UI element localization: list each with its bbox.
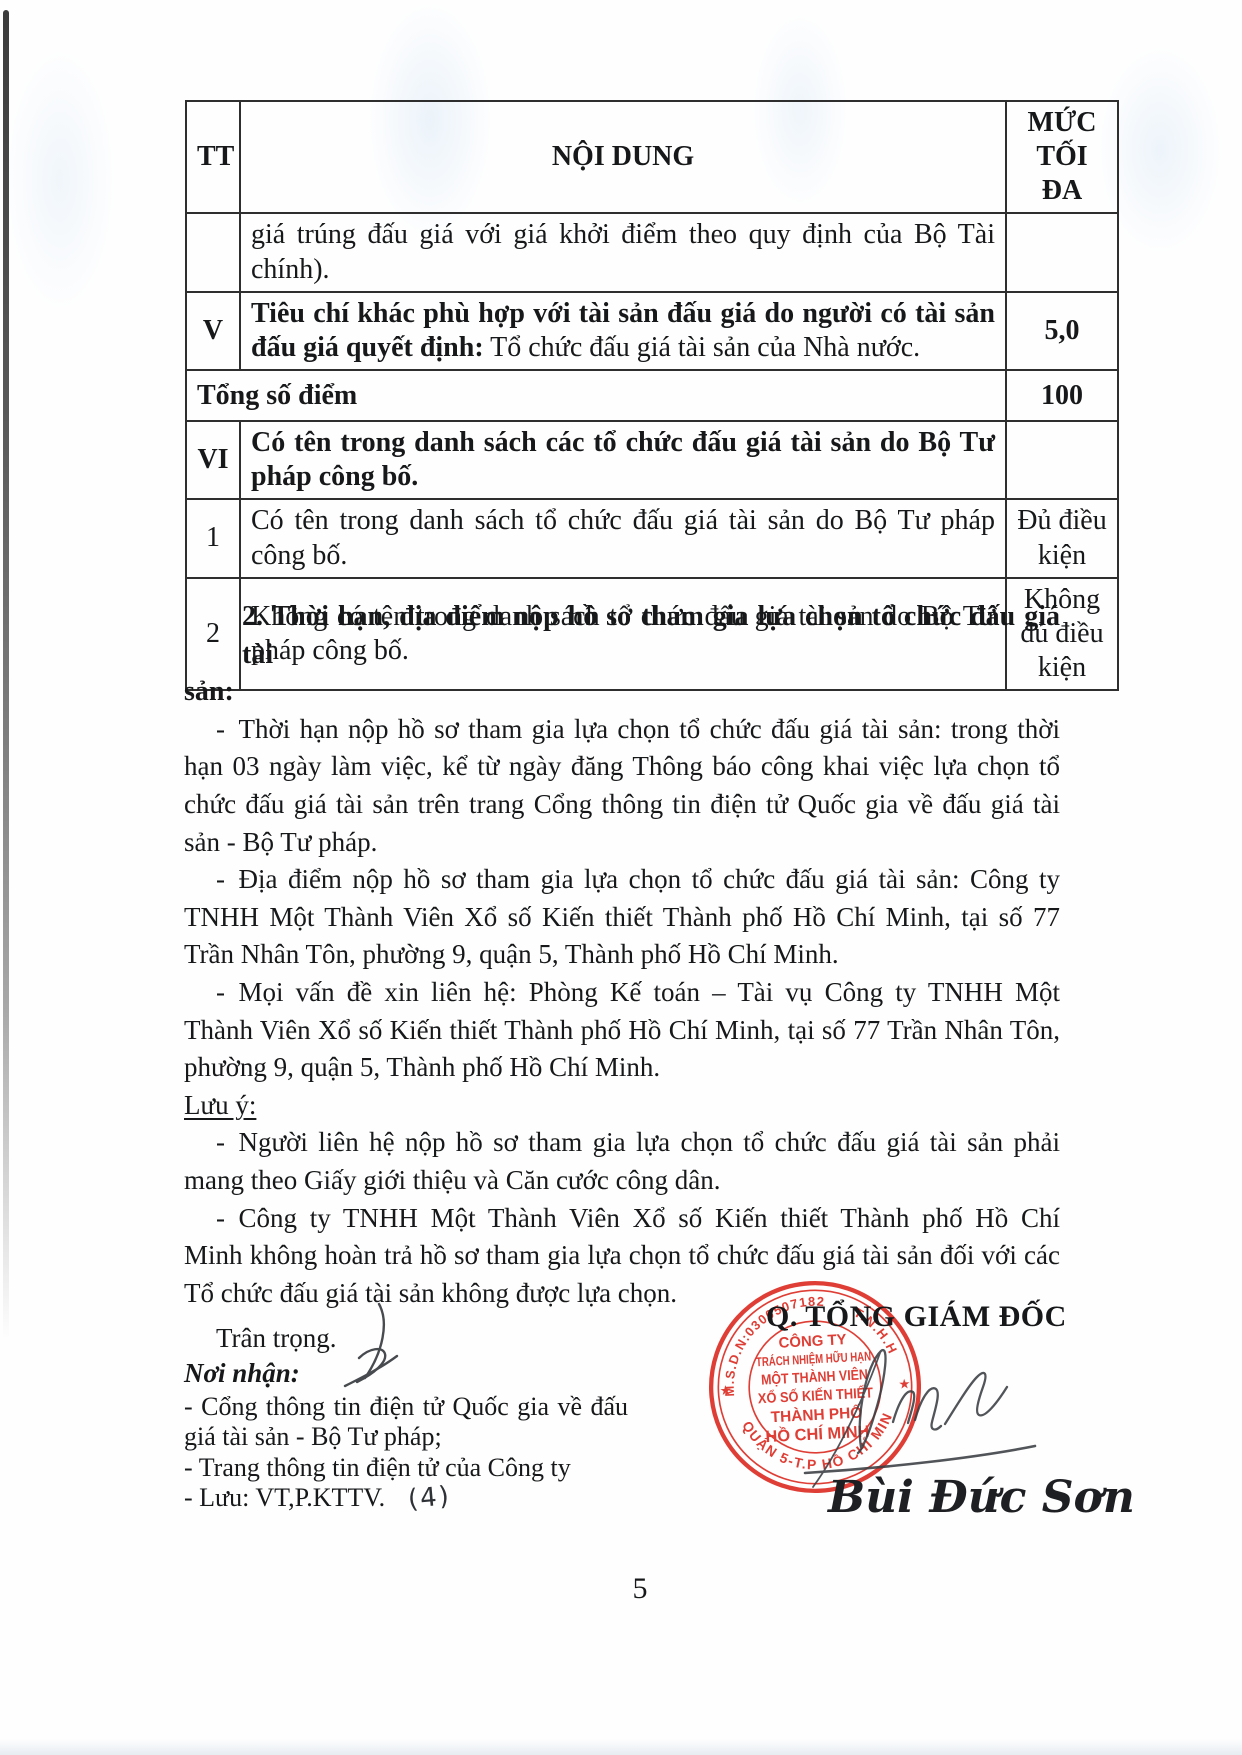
col-header-tt: TT — [186, 101, 240, 213]
section-heading-line: 2. Thời hạn, địa điểm nộp hồ sơ tham gia… — [184, 598, 1060, 673]
cell-max: 5,0 — [1006, 292, 1118, 370]
table-row: V Tiêu chí khác phù hợp với tài sản đấu … — [186, 292, 1118, 370]
page-number: 5 — [600, 1572, 680, 1606]
table-total-row: Tổng số điểm 100 — [186, 370, 1118, 421]
col-header-muc-toi-da: MỨC TỐI ĐA — [1006, 101, 1118, 213]
text-line: sản - Bộ Tư pháp. — [184, 824, 1060, 862]
criterion-normal-part: Tổ chức đấu giá tài sản của Nhà nước. — [484, 332, 921, 363]
cell-num: V — [186, 292, 240, 370]
cell-num: VI — [186, 421, 240, 499]
text-line: chức đấu giá tài sản trên trang Cổng thô… — [184, 786, 1060, 824]
table-row: 1 Có tên trong danh sách tổ chức đấu giá… — [186, 499, 1118, 577]
text-line: hạn 03 ngày làm việc, kể từ ngày đăng Th… — [184, 748, 1060, 786]
document-page: TT NỘI DUNG MỨC TỐI ĐA giá trúng đấu giá… — [0, 0, 1242, 1755]
section-heading-line: sản: — [184, 673, 1060, 711]
cell-num: 1 — [186, 499, 240, 577]
handwritten-copy-count: (4) — [406, 1481, 451, 1515]
col-header-noidung: NỘI DUNG — [240, 101, 1006, 213]
total-value: 100 — [1006, 370, 1118, 421]
recipient-line: giá tài sản - Bộ Tư pháp; — [184, 1422, 628, 1453]
signature-ink — [745, 1325, 1145, 1495]
document-body: 2. Thời hạn, địa điểm nộp hồ sơ tham gia… — [184, 598, 1060, 1358]
text-line: Trần Nhân Tôn, phường 9, quận 5, Thành p… — [184, 936, 1060, 974]
total-label: Tổng số điểm — [186, 370, 1006, 421]
stamp-star-left-icon: ★ — [719, 1382, 732, 1398]
table-row: VI Có tên trong danh sách các tổ chức đấ… — [186, 421, 1118, 499]
cell-content: Có tên trong danh sách tổ chức đấu giá t… — [240, 499, 1006, 577]
text-line: - Công ty TNHH Một Thành Viên Xổ số Kiến… — [184, 1200, 1060, 1238]
text-line: TNHH Một Thành Viên Xổ số Kiến thiết Thà… — [184, 899, 1060, 937]
closing-text: Trân trọng. — [216, 1323, 337, 1353]
text-line: - Địa điểm nộp hồ sơ tham gia lựa chọn t… — [184, 861, 1060, 899]
note-label: Lưu ý: — [184, 1087, 1060, 1125]
cell-content: Tiêu chí khác phù hợp với tài sản đấu gi… — [240, 292, 1006, 370]
text-line: mang theo Giấy giới thiệu và Căn cước cô… — [184, 1162, 1060, 1200]
scan-binding-artifact — [3, 10, 9, 1340]
recipients-label: Nơi nhận: — [184, 1358, 628, 1389]
archive-note: - Lưu: VT,P.KTTV. — [184, 1483, 385, 1512]
text-line: Minh không hoàn trả hồ sơ tham gia lựa c… — [184, 1237, 1060, 1275]
cell-num — [186, 213, 240, 291]
text-line: - Thời hạn nộp hồ sơ tham gia lựa chọn t… — [184, 711, 1060, 749]
table-header-row: TT NỘI DUNG MỨC TỐI ĐA — [186, 101, 1118, 213]
cell-max: Đủ điều kiện — [1006, 499, 1118, 577]
recipient-line: - Lưu: VT,P.KTTV. (4) — [184, 1483, 628, 1514]
cell-max — [1006, 213, 1118, 291]
text-line: phường 9, quận 5, Thành phố Hồ Chí Minh. — [184, 1049, 1060, 1087]
cell-content: Có tên trong danh sách các tổ chức đấu g… — [240, 421, 1006, 499]
cell-content: giá trúng đấu giá với giá khởi điểm theo… — [240, 213, 1006, 291]
recipient-line: - Cổng thông tin điện tử Quốc gia về đấu — [184, 1392, 628, 1423]
text-line: - Mọi vấn đề xin liên hệ: Phòng Kế toán … — [184, 974, 1060, 1012]
table-row: giá trúng đấu giá với giá khởi điểm theo… — [186, 213, 1118, 291]
recipients-block: Nơi nhận: - Cổng thông tin điện tử Quốc … — [184, 1358, 628, 1514]
cell-max — [1006, 421, 1118, 499]
text-line: - Người liên hệ nộp hồ sơ tham gia lựa c… — [184, 1124, 1060, 1162]
recipient-line: - Trang thông tin điện tử của Công ty — [184, 1453, 628, 1484]
text-line: Thành Viên Xổ số Kiến thiết Thành phố Hồ… — [184, 1012, 1060, 1050]
